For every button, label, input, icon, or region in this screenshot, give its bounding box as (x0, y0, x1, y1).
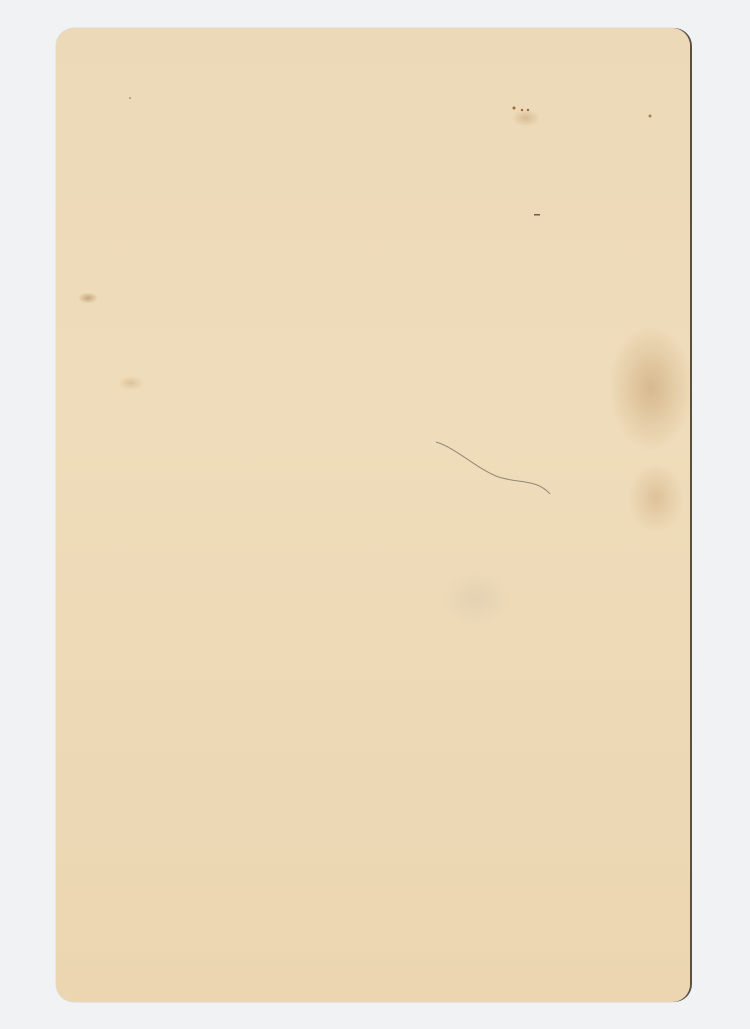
pencil-mark (56, 28, 690, 1002)
aged-card (56, 28, 690, 1002)
